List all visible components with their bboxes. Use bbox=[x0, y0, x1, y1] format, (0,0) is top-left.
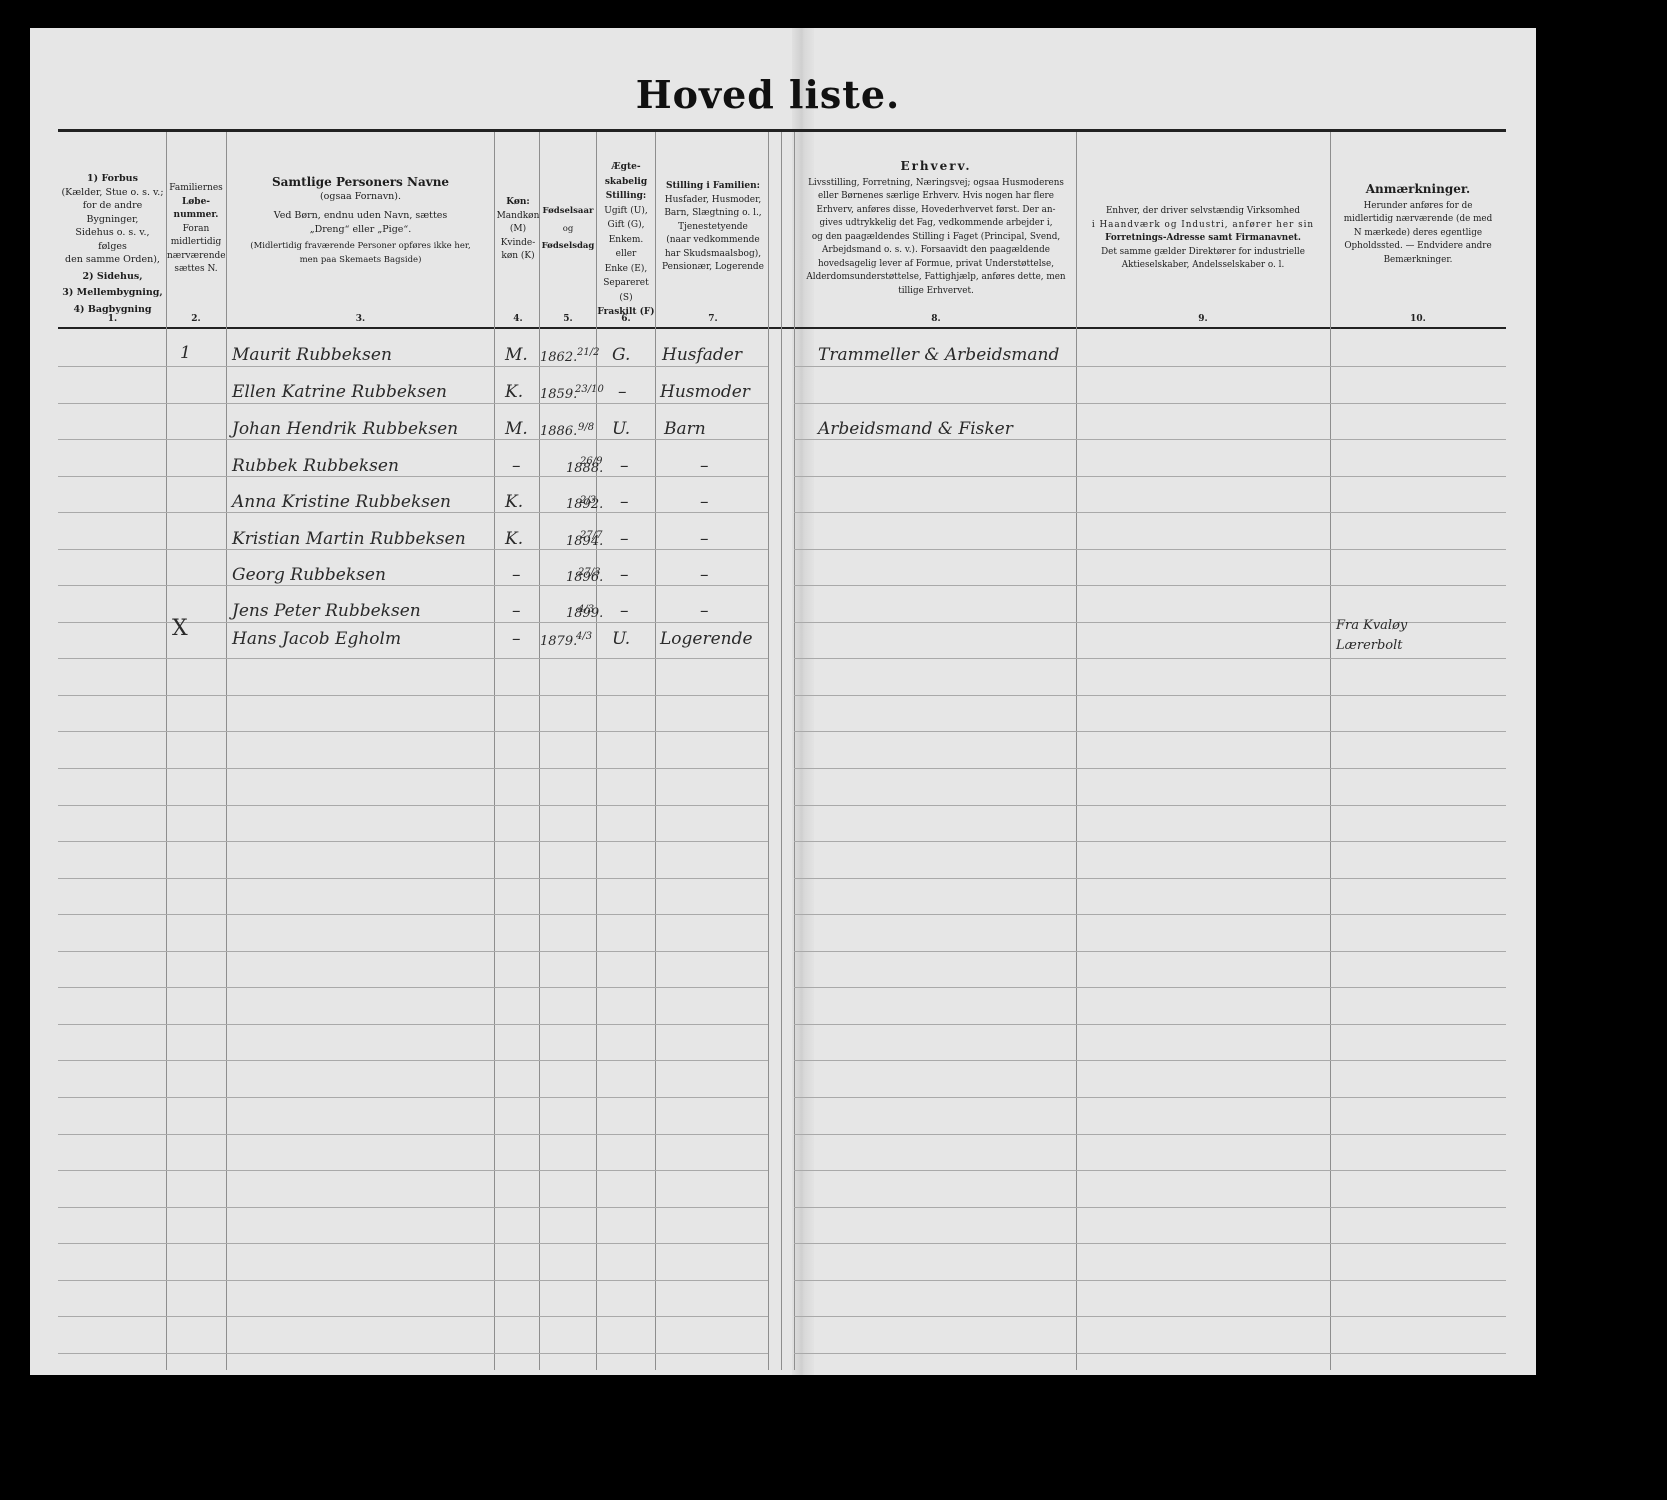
marital-status: U. bbox=[612, 629, 630, 649]
row-rule bbox=[58, 622, 768, 623]
col4-header: Køn: Mandkøn (M) Kvinde- køn (K) bbox=[496, 196, 540, 264]
sex: K. bbox=[505, 492, 523, 512]
row-rule bbox=[58, 695, 768, 696]
marital-status: G. bbox=[612, 345, 630, 365]
marital-status: – bbox=[620, 565, 629, 585]
row-rule bbox=[794, 951, 1506, 952]
row-rule bbox=[794, 731, 1506, 732]
birth-day: 23/10 bbox=[575, 384, 604, 395]
page-title: Hoved liste. bbox=[0, 72, 1536, 117]
person-name: Hans Jacob Egholm bbox=[232, 629, 401, 649]
birth-year: 1886. bbox=[540, 424, 577, 439]
family-role: – bbox=[700, 492, 709, 512]
row-rule bbox=[58, 403, 768, 404]
row-rule bbox=[58, 549, 768, 550]
row-rule bbox=[794, 914, 1506, 915]
sex: – bbox=[512, 456, 521, 476]
col-num-9: 9. bbox=[1078, 314, 1328, 324]
col2-header: Familiernes Løbe- nummer. Foran midlerti… bbox=[167, 182, 225, 277]
row-rule bbox=[794, 1316, 1506, 1317]
row-rule bbox=[794, 476, 1506, 477]
row-rule bbox=[58, 512, 768, 513]
row-rule bbox=[58, 805, 768, 806]
row-rule bbox=[58, 476, 768, 477]
birth-day: 4/3 bbox=[576, 631, 592, 642]
row-rule bbox=[794, 1060, 1506, 1061]
row-rule bbox=[794, 658, 1506, 659]
row-rule bbox=[794, 512, 1506, 513]
birth-day: 27/7 bbox=[580, 530, 602, 541]
row-rule bbox=[58, 366, 768, 367]
row-rule bbox=[794, 987, 1506, 988]
row-rule bbox=[794, 841, 1506, 842]
family-role: Husfader bbox=[662, 345, 742, 365]
row-rule bbox=[58, 878, 768, 879]
person-name: Maurit Rubbeksen bbox=[232, 345, 392, 365]
row-rule bbox=[794, 1170, 1506, 1171]
marital-status: – bbox=[620, 456, 629, 476]
col8-header: Erhverv. Livsstilling, Forretning, Nærin… bbox=[796, 160, 1076, 298]
marital-status: U. bbox=[612, 419, 630, 439]
sex: – bbox=[512, 565, 521, 585]
col-num-3: 3. bbox=[228, 314, 493, 324]
birth-day: 2/3 bbox=[580, 495, 596, 506]
row-rule bbox=[794, 1097, 1506, 1098]
person-name: Anna Kristine Rubbeksen bbox=[232, 492, 451, 512]
col3-header: Samtlige Personers Navne (ogsaa Fornavn)… bbox=[228, 176, 493, 267]
col6-header: Ægte- skabelig Stilling: Ugift (U), Gift… bbox=[597, 160, 655, 320]
family-number: 1 bbox=[180, 343, 191, 363]
row-rule bbox=[794, 549, 1506, 550]
row-rule bbox=[794, 1207, 1506, 1208]
column-divider bbox=[494, 132, 495, 1370]
birth-day: 26/9 bbox=[580, 456, 602, 467]
person-name: Jens Peter Rubbeksen bbox=[232, 601, 421, 621]
person-name: Rubbek Rubbeksen bbox=[232, 456, 399, 476]
person-name: Georg Rubbeksen bbox=[232, 565, 386, 585]
col1-header: 1) Forbus (Kælder, Stue o. s. v.; for de… bbox=[60, 172, 165, 316]
col-num-8: 8. bbox=[796, 314, 1076, 324]
row-rule bbox=[794, 585, 1506, 586]
marital-status: – bbox=[620, 492, 629, 512]
row-rule bbox=[794, 403, 1506, 404]
col-num-4: 4. bbox=[496, 314, 540, 324]
birth-day: 9/8 bbox=[578, 422, 594, 433]
marital-status: – bbox=[620, 601, 629, 621]
sex: – bbox=[512, 601, 521, 621]
col-num-6: 6. bbox=[597, 314, 655, 324]
row-rule bbox=[794, 768, 1506, 769]
family-role: – bbox=[700, 601, 709, 621]
row-rule bbox=[58, 951, 768, 952]
family-role: – bbox=[700, 529, 709, 549]
row-rule bbox=[794, 1353, 1506, 1354]
row-rule bbox=[794, 1134, 1506, 1135]
row-rule bbox=[794, 878, 1506, 879]
person-name: Johan Hendrik Rubbeksen bbox=[232, 419, 458, 439]
row-rule bbox=[794, 1024, 1506, 1025]
header-rule bbox=[58, 327, 1506, 329]
col7-header: Stilling i Familien: Husfader, Husmoder,… bbox=[657, 180, 769, 275]
row-rule bbox=[58, 585, 768, 586]
occupation: Arbeidsmand & Fisker bbox=[818, 419, 1013, 439]
family-role: Husmoder bbox=[660, 382, 750, 402]
col5-header: Fødselsaar og Fødselsdag bbox=[540, 205, 596, 254]
row-rule bbox=[58, 658, 768, 659]
col-num-2: 2. bbox=[167, 314, 225, 324]
birth-year: 1859. bbox=[540, 387, 577, 402]
column-divider bbox=[226, 132, 227, 1370]
family-role: Logerende bbox=[660, 629, 753, 649]
family-role: – bbox=[700, 565, 709, 585]
row-rule bbox=[58, 1024, 768, 1025]
person-name: Ellen Katrine Rubbeksen bbox=[232, 382, 447, 402]
col-num-1: 1. bbox=[60, 314, 165, 324]
column-divider bbox=[1076, 132, 1077, 1370]
row-rule bbox=[794, 366, 1506, 367]
remarks: Fra Kvaløy Lærerbolt bbox=[1336, 616, 1446, 656]
sex: – bbox=[512, 629, 521, 649]
marital-status: – bbox=[620, 529, 629, 549]
birth-day: 21/2 bbox=[577, 347, 599, 358]
column-divider bbox=[655, 132, 656, 1370]
row-rule bbox=[58, 731, 768, 732]
family-role: Barn bbox=[664, 419, 706, 439]
row-rule bbox=[58, 768, 768, 769]
row-rule bbox=[794, 1280, 1506, 1281]
row-rule bbox=[58, 987, 768, 988]
row-rule bbox=[58, 1316, 768, 1317]
row-rule bbox=[58, 914, 768, 915]
top-rule bbox=[58, 129, 1506, 132]
row-rule bbox=[58, 1134, 768, 1135]
sex: M. bbox=[505, 345, 528, 365]
col-num-7: 7. bbox=[657, 314, 769, 324]
marital-status: – bbox=[618, 382, 627, 402]
cross-mark-icon: X bbox=[172, 616, 188, 641]
sex: K. bbox=[505, 382, 523, 402]
row-rule bbox=[794, 439, 1506, 440]
col10-header: Anmærkninger. Herunder anføres for de mi… bbox=[1332, 183, 1504, 267]
col9-header: Enhver, der driver selvstændig Virksomhe… bbox=[1078, 205, 1328, 273]
person-name: Kristian Martin Rubbeksen bbox=[232, 529, 466, 549]
column-divider bbox=[794, 132, 795, 1370]
sex: K. bbox=[505, 529, 523, 549]
birth-day: 4/3 bbox=[578, 604, 594, 615]
birth-year: 1862. bbox=[540, 350, 577, 365]
row-rule bbox=[794, 805, 1506, 806]
row-rule bbox=[58, 1207, 768, 1208]
row-rule bbox=[58, 1280, 768, 1281]
row-rule bbox=[58, 1170, 768, 1171]
row-rule bbox=[794, 695, 1506, 696]
row-rule bbox=[58, 439, 768, 440]
row-rule bbox=[58, 1060, 768, 1061]
col-num-10: 10. bbox=[1332, 314, 1504, 324]
birth-year: 1879. bbox=[540, 634, 577, 649]
sex: M. bbox=[505, 419, 528, 439]
column-divider bbox=[1330, 132, 1331, 1370]
occupation: Trammeller & Arbeidsmand bbox=[818, 345, 1059, 365]
row-rule bbox=[794, 1243, 1506, 1244]
row-rule bbox=[58, 1097, 768, 1098]
col-num-5: 5. bbox=[540, 314, 596, 324]
birth-day: 27/3 bbox=[578, 567, 600, 578]
row-rule bbox=[58, 841, 768, 842]
row-rule bbox=[58, 1243, 768, 1244]
row-rule bbox=[58, 1353, 768, 1354]
family-role: – bbox=[700, 456, 709, 476]
column-divider bbox=[781, 132, 782, 1370]
